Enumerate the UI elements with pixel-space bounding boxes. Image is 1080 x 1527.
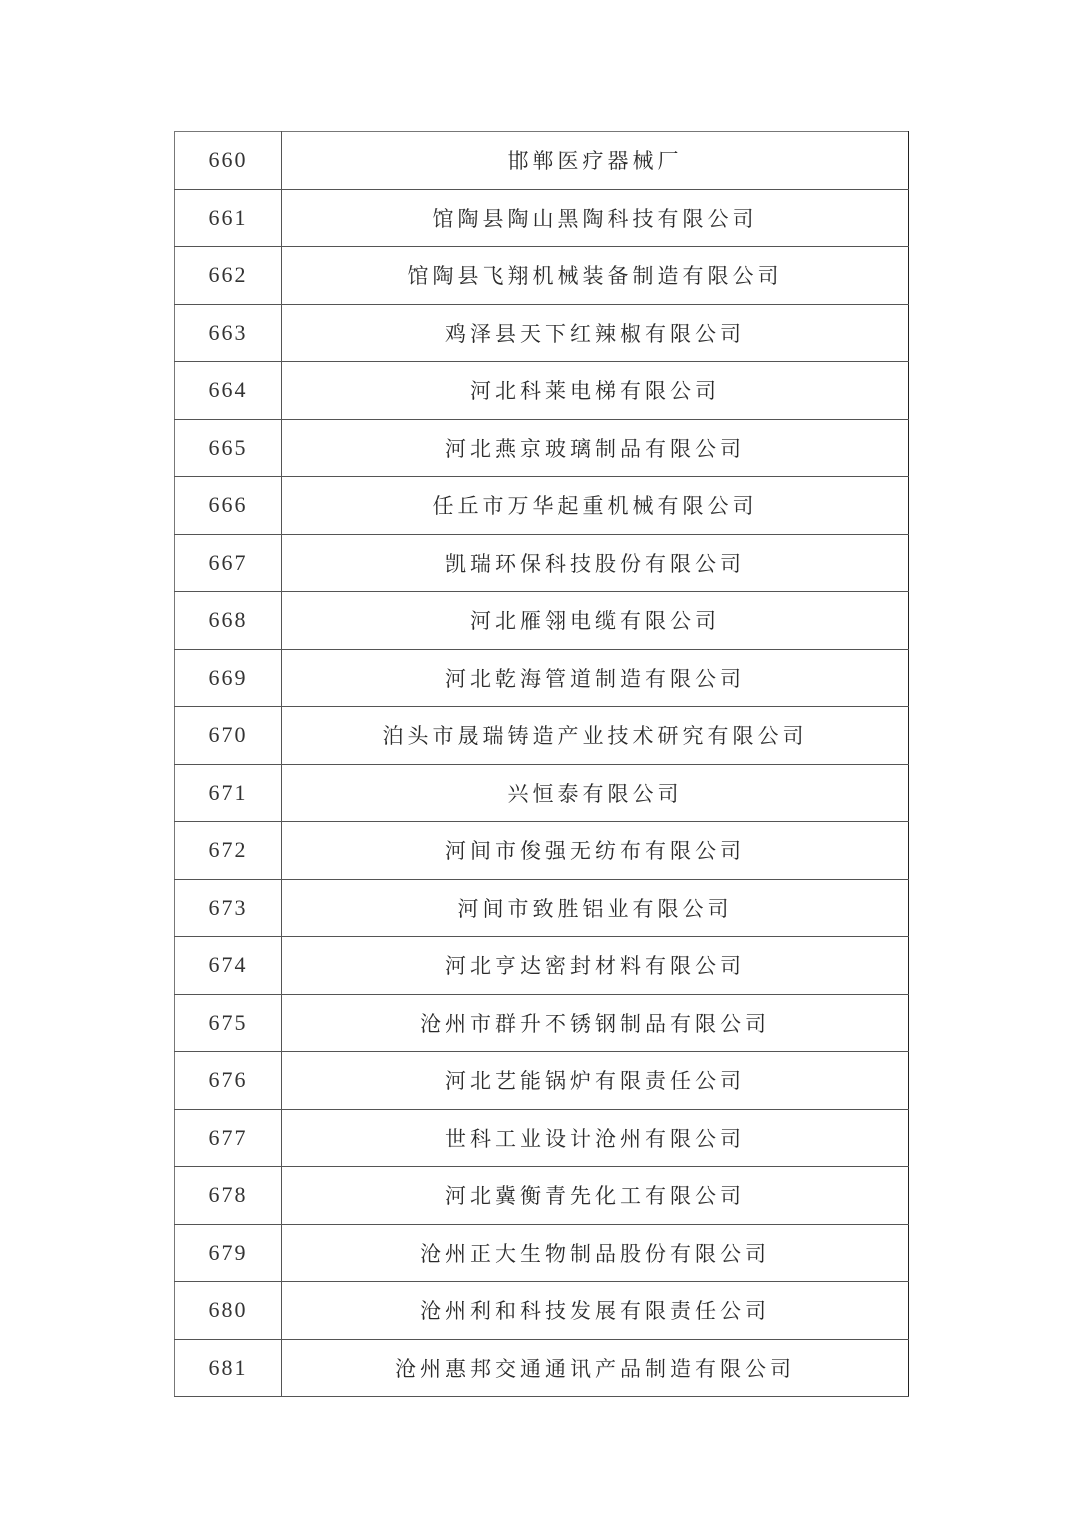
- company-name: 鸡泽县天下红辣椒有限公司: [282, 304, 909, 362]
- row-number: 666: [175, 477, 282, 535]
- row-number: 670: [175, 707, 282, 765]
- company-name: 邯郸医疗器械厂: [282, 132, 909, 190]
- row-number: 678: [175, 1167, 282, 1225]
- company-name: 河北燕京玻璃制品有限公司: [282, 419, 909, 477]
- row-number: 677: [175, 1109, 282, 1167]
- row-number: 667: [175, 534, 282, 592]
- table-row: 662 馆陶县飞翔机械装备制造有限公司: [175, 247, 909, 305]
- company-name: 河间市致胜铝业有限公司: [282, 879, 909, 937]
- company-name: 兴恒泰有限公司: [282, 764, 909, 822]
- table-row: 677 世科工业设计沧州有限公司: [175, 1109, 909, 1167]
- company-name: 河北乾海管道制造有限公司: [282, 649, 909, 707]
- table-row: 667 凯瑞环保科技股份有限公司: [175, 534, 909, 592]
- row-number: 668: [175, 592, 282, 650]
- table-row: 671 兴恒泰有限公司: [175, 764, 909, 822]
- company-name: 沧州正大生物制品股份有限公司: [282, 1224, 909, 1282]
- row-number: 663: [175, 304, 282, 362]
- row-number: 676: [175, 1052, 282, 1110]
- company-name: 河北科莱电梯有限公司: [282, 362, 909, 420]
- company-name: 沧州利和科技发展有限责任公司: [282, 1282, 909, 1340]
- row-number: 675: [175, 994, 282, 1052]
- table-row: 663 鸡泽县天下红辣椒有限公司: [175, 304, 909, 362]
- table-row: 664 河北科莱电梯有限公司: [175, 362, 909, 420]
- table-row: 673 河间市致胜铝业有限公司: [175, 879, 909, 937]
- company-name: 河北冀衡青先化工有限公司: [282, 1167, 909, 1225]
- table-row: 668 河北雁翎电缆有限公司: [175, 592, 909, 650]
- row-number: 661: [175, 189, 282, 247]
- company-name: 沧州惠邦交通通讯产品制造有限公司: [282, 1339, 909, 1397]
- company-name: 河北亨达密封材料有限公司: [282, 937, 909, 995]
- company-name: 任丘市万华起重机械有限公司: [282, 477, 909, 535]
- table-row: 660 邯郸医疗器械厂: [175, 132, 909, 190]
- table-row: 670 泊头市晟瑞铸造产业技术研究有限公司: [175, 707, 909, 765]
- table-row: 669 河北乾海管道制造有限公司: [175, 649, 909, 707]
- table-row: 679 沧州正大生物制品股份有限公司: [175, 1224, 909, 1282]
- table-row: 681 沧州惠邦交通通讯产品制造有限公司: [175, 1339, 909, 1397]
- company-name: 沧州市群升不锈钢制品有限公司: [282, 994, 909, 1052]
- company-name: 河北艺能锅炉有限责任公司: [282, 1052, 909, 1110]
- row-number: 679: [175, 1224, 282, 1282]
- company-name: 河间市俊强无纺布有限公司: [282, 822, 909, 880]
- row-number: 669: [175, 649, 282, 707]
- table-row: 665 河北燕京玻璃制品有限公司: [175, 419, 909, 477]
- table-row: 675 沧州市群升不锈钢制品有限公司: [175, 994, 909, 1052]
- row-number: 662: [175, 247, 282, 305]
- table-row: 661 馆陶县陶山黑陶科技有限公司: [175, 189, 909, 247]
- table-row: 676 河北艺能锅炉有限责任公司: [175, 1052, 909, 1110]
- company-name: 馆陶县陶山黑陶科技有限公司: [282, 189, 909, 247]
- table-row: 678 河北冀衡青先化工有限公司: [175, 1167, 909, 1225]
- company-name: 馆陶县飞翔机械装备制造有限公司: [282, 247, 909, 305]
- company-name: 泊头市晟瑞铸造产业技术研究有限公司: [282, 707, 909, 765]
- document-page: 660 邯郸医疗器械厂 661 馆陶县陶山黑陶科技有限公司 662 馆陶县飞翔机…: [0, 0, 1080, 1527]
- row-number: 665: [175, 419, 282, 477]
- row-number: 681: [175, 1339, 282, 1397]
- company-name: 凯瑞环保科技股份有限公司: [282, 534, 909, 592]
- table-row: 666 任丘市万华起重机械有限公司: [175, 477, 909, 535]
- table-row: 672 河间市俊强无纺布有限公司: [175, 822, 909, 880]
- table-row: 680 沧州利和科技发展有限责任公司: [175, 1282, 909, 1340]
- row-number: 660: [175, 132, 282, 190]
- company-name: 河北雁翎电缆有限公司: [282, 592, 909, 650]
- row-number: 671: [175, 764, 282, 822]
- company-name: 世科工业设计沧州有限公司: [282, 1109, 909, 1167]
- row-number: 672: [175, 822, 282, 880]
- company-list-table: 660 邯郸医疗器械厂 661 馆陶县陶山黑陶科技有限公司 662 馆陶县飞翔机…: [174, 131, 909, 1397]
- row-number: 674: [175, 937, 282, 995]
- row-number: 680: [175, 1282, 282, 1340]
- row-number: 664: [175, 362, 282, 420]
- table-row: 674 河北亨达密封材料有限公司: [175, 937, 909, 995]
- row-number: 673: [175, 879, 282, 937]
